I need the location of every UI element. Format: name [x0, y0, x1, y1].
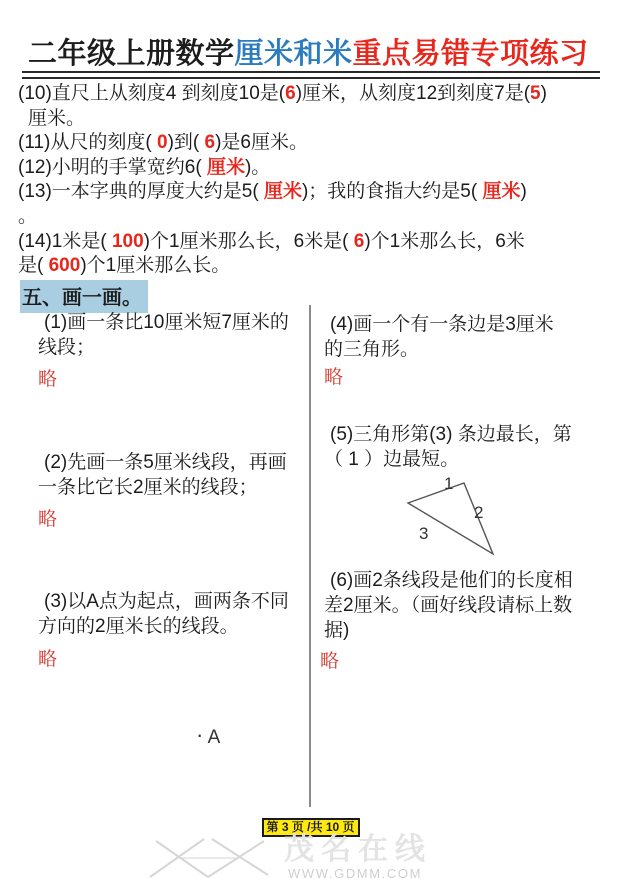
question-text: )是6厘米。	[215, 132, 308, 153]
question-3: (3)以A点为起点，画两条不同 方向的2厘米长的线段。	[38, 589, 289, 639]
question-text: 是(	[18, 255, 49, 276]
question-6: (6)画2条线段是他们的长度相 差2厘米。（画好线段请标上数 据)	[324, 568, 573, 643]
question-text: 。	[18, 206, 37, 227]
question-text: )	[521, 181, 527, 202]
question-text: )个1厘米那么长，6米是(	[144, 231, 354, 252]
column-divider-line	[309, 305, 311, 807]
question-text: (13)一本字典的厚度大约是5(	[18, 181, 264, 202]
question-6-line-3: 据)	[324, 618, 573, 643]
answer-text: 6	[285, 83, 296, 104]
question-14-line-2: 是( 600)个1厘米那么长。	[18, 254, 614, 279]
title-part-black: 二年级上册数学	[28, 38, 235, 70]
question-2: (2)先画一条5厘米线段，再画 一条比它长2厘米的线段；	[38, 450, 287, 500]
title-part-red: 重点易错专项练习	[353, 38, 589, 70]
question-5-line-1: (5)三角形第(3) 条边最长，第	[324, 422, 572, 447]
question-5-line-2: （ 1 ）边最短。	[324, 447, 572, 472]
triangle-side-label-3: 3	[419, 524, 428, 543]
answer-text: 厘米	[483, 181, 521, 202]
question-text: (10)直尺上从刻度4 到刻度10是(	[18, 83, 285, 104]
question-text: )到(	[168, 132, 205, 153]
title-divider-rule	[22, 71, 600, 79]
point-a-marker: · A	[196, 722, 220, 749]
question-text: )个1米那么长，6米	[364, 231, 524, 252]
watermark-brand-text: 茂名在线	[284, 824, 432, 868]
question-text: (11)从尺的刻度(	[18, 132, 157, 153]
answer-text: 600	[49, 255, 81, 276]
question-10-line-2: 厘米。	[18, 107, 614, 132]
watermark-logo-icon	[146, 835, 276, 879]
question-text: )厘米，从刻度12到刻度7是(	[296, 83, 530, 104]
answer-text: 0	[157, 132, 168, 153]
question-5: (5)三角形第(3) 条边最长，第 （ 1 ）边最短。	[324, 422, 572, 472]
triangle-figure: 1 2 3	[386, 472, 532, 566]
question-11-line: (11)从尺的刻度( 0)到( 6)是6厘米。	[18, 131, 614, 156]
question-1-line-2: 线段；	[38, 335, 289, 360]
answer-text: 厘米	[264, 181, 302, 202]
question-2-line-1: (2)先画一条5厘米线段，再画	[38, 450, 287, 475]
answer-q2: 略	[38, 504, 57, 531]
question-6-line-2: 差2厘米。（画好线段请标上数	[324, 593, 573, 618]
answer-q3: 略	[38, 644, 57, 671]
question-12-line: (12)小明的手掌宽约6( 厘米)。	[18, 156, 614, 181]
question-text: 厘米。	[28, 108, 85, 129]
question-10-line-1: (10)直尺上从刻度4 到刻度10是(6)厘米，从刻度12到刻度7是(5)	[18, 82, 614, 107]
question-text: )	[541, 83, 547, 104]
question-2-line-2: 一条比它长2厘米的线段；	[38, 475, 287, 500]
question-4: (4)画一个有一条边是3厘米 的三角形。	[324, 312, 554, 362]
question-14-line-1: (14)1米是( 100)个1厘米那么长，6米是( 6)个1米那么长，6米	[18, 230, 614, 255]
draw-section-columns: (1)画一条比10厘米短7厘米的 线段； 略 (2)先画一条5厘米线段，再画 一…	[0, 300, 621, 818]
page-title: 二年级上册数学厘米和米重点易错专项练习	[28, 31, 608, 72]
fill-in-questions: (10)直尺上从刻度4 到刻度10是(6)厘米，从刻度12到刻度7是(5) 厘米…	[18, 82, 614, 279]
triangle-side-label-2: 2	[474, 503, 483, 522]
question-6-line-1: (6)画2条线段是他们的长度相	[324, 568, 573, 593]
question-text: )个1厘米那么长。	[80, 255, 230, 276]
question-1: (1)画一条比10厘米短7厘米的 线段；	[38, 310, 289, 360]
watermark-url-text: WWW.GDMM.COM	[288, 866, 422, 879]
point-dot: ·	[196, 722, 203, 747]
question-text: (14)1米是(	[18, 231, 112, 252]
question-text: )。	[245, 157, 270, 178]
question-13-line-2: 。	[18, 205, 614, 230]
question-3-line-1: (3)以A点为起点，画两条不同	[38, 589, 289, 614]
answer-text: 100	[112, 231, 144, 252]
point-label: A	[208, 727, 221, 748]
triangle-side-label-1: 1	[444, 474, 453, 493]
answer-text: 6	[205, 132, 216, 153]
answer-text: 6	[354, 231, 365, 252]
question-text: (12)小明的手掌宽约6(	[18, 157, 207, 178]
title-part-blue: 厘米和米	[235, 38, 353, 70]
question-13-line-1: (13)一本字典的厚度大约是5( 厘米)；我的食指大约是5( 厘米)	[18, 180, 614, 205]
question-4-line-1: (4)画一个有一条边是3厘米	[324, 312, 554, 337]
answer-text: 5	[530, 83, 541, 104]
worksheet-page: 二年级上册数学厘米和米重点易错专项练习 (10)直尺上从刻度4 到刻度10是(6…	[0, 0, 621, 879]
answer-q6: 略	[320, 646, 339, 673]
watermark: 茂名在线 WWW.GDMM.COM	[0, 833, 621, 879]
answer-text: 厘米	[207, 157, 245, 178]
question-4-line-2: 的三角形。	[324, 337, 554, 362]
question-1-line-1: (1)画一条比10厘米短7厘米的	[38, 310, 289, 335]
answer-q4: 略	[324, 362, 343, 389]
question-3-line-2: 方向的2厘米长的线段。	[38, 614, 289, 639]
answer-q1: 略	[38, 364, 57, 391]
question-text: )；我的食指大约是5(	[302, 181, 483, 202]
